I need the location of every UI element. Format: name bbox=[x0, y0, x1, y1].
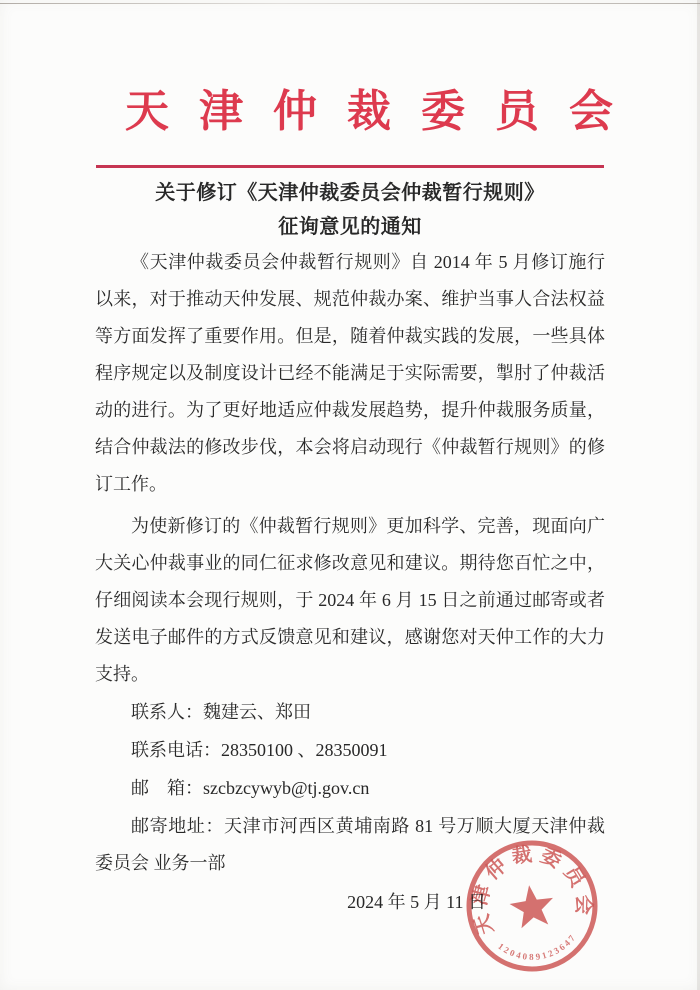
seal-star-icon bbox=[507, 882, 556, 929]
document-title-line1: 关于修订《天津仲裁委员会仲裁暂行规则》 bbox=[95, 176, 605, 210]
document-content: 天津仲裁委员会 关于修订《天津仲裁委员会仲裁暂行规则》 征询意见的通知 《天津仲… bbox=[0, 86, 700, 921]
document-title: 关于修订《天津仲裁委员会仲裁暂行规则》 征询意见的通知 bbox=[95, 176, 605, 244]
contact-phone-line: 联系电话：28350100 、28350091 bbox=[95, 732, 605, 769]
red-divider-rule bbox=[96, 165, 604, 168]
scan-edge-artifact-top bbox=[0, 3, 700, 4]
document-title-line2: 征询意见的通知 bbox=[95, 210, 605, 244]
document-body: 《天津仲裁委员会仲裁暂行规则》自 2014 年 5 月修订施行以来，对于推动天仲… bbox=[95, 244, 605, 693]
seal-ring-text: 天津仲裁委员会 bbox=[459, 834, 600, 939]
paragraph-1: 《天津仲裁委员会仲裁暂行规则》自 2014 年 5 月修订施行以来，对于推动天仲… bbox=[95, 244, 605, 503]
contact-person-line: 联系人：魏建云、郑田 bbox=[95, 694, 605, 731]
organization-name: 天津仲裁委员会 bbox=[95, 86, 605, 138]
paragraph-2: 为使新修订的《仲裁暂行规则》更加科学、完善，现面向广大关心仲裁事业的同仁征求修改… bbox=[95, 508, 605, 693]
official-red-seal: 天津仲裁委员会 1204089123647 bbox=[446, 820, 618, 990]
contact-email-line: 邮 箱：szcbzcywyb@tj.gov.cn bbox=[95, 770, 605, 807]
seal-ring-text-container: 天津仲裁委员会 bbox=[459, 834, 600, 939]
letterhead: 天津仲裁委员会 bbox=[95, 86, 605, 168]
document-page: 天津仲裁委员会 关于修订《天津仲裁委员会仲裁暂行规则》 征询意见的通知 《天津仲… bbox=[0, 0, 700, 990]
